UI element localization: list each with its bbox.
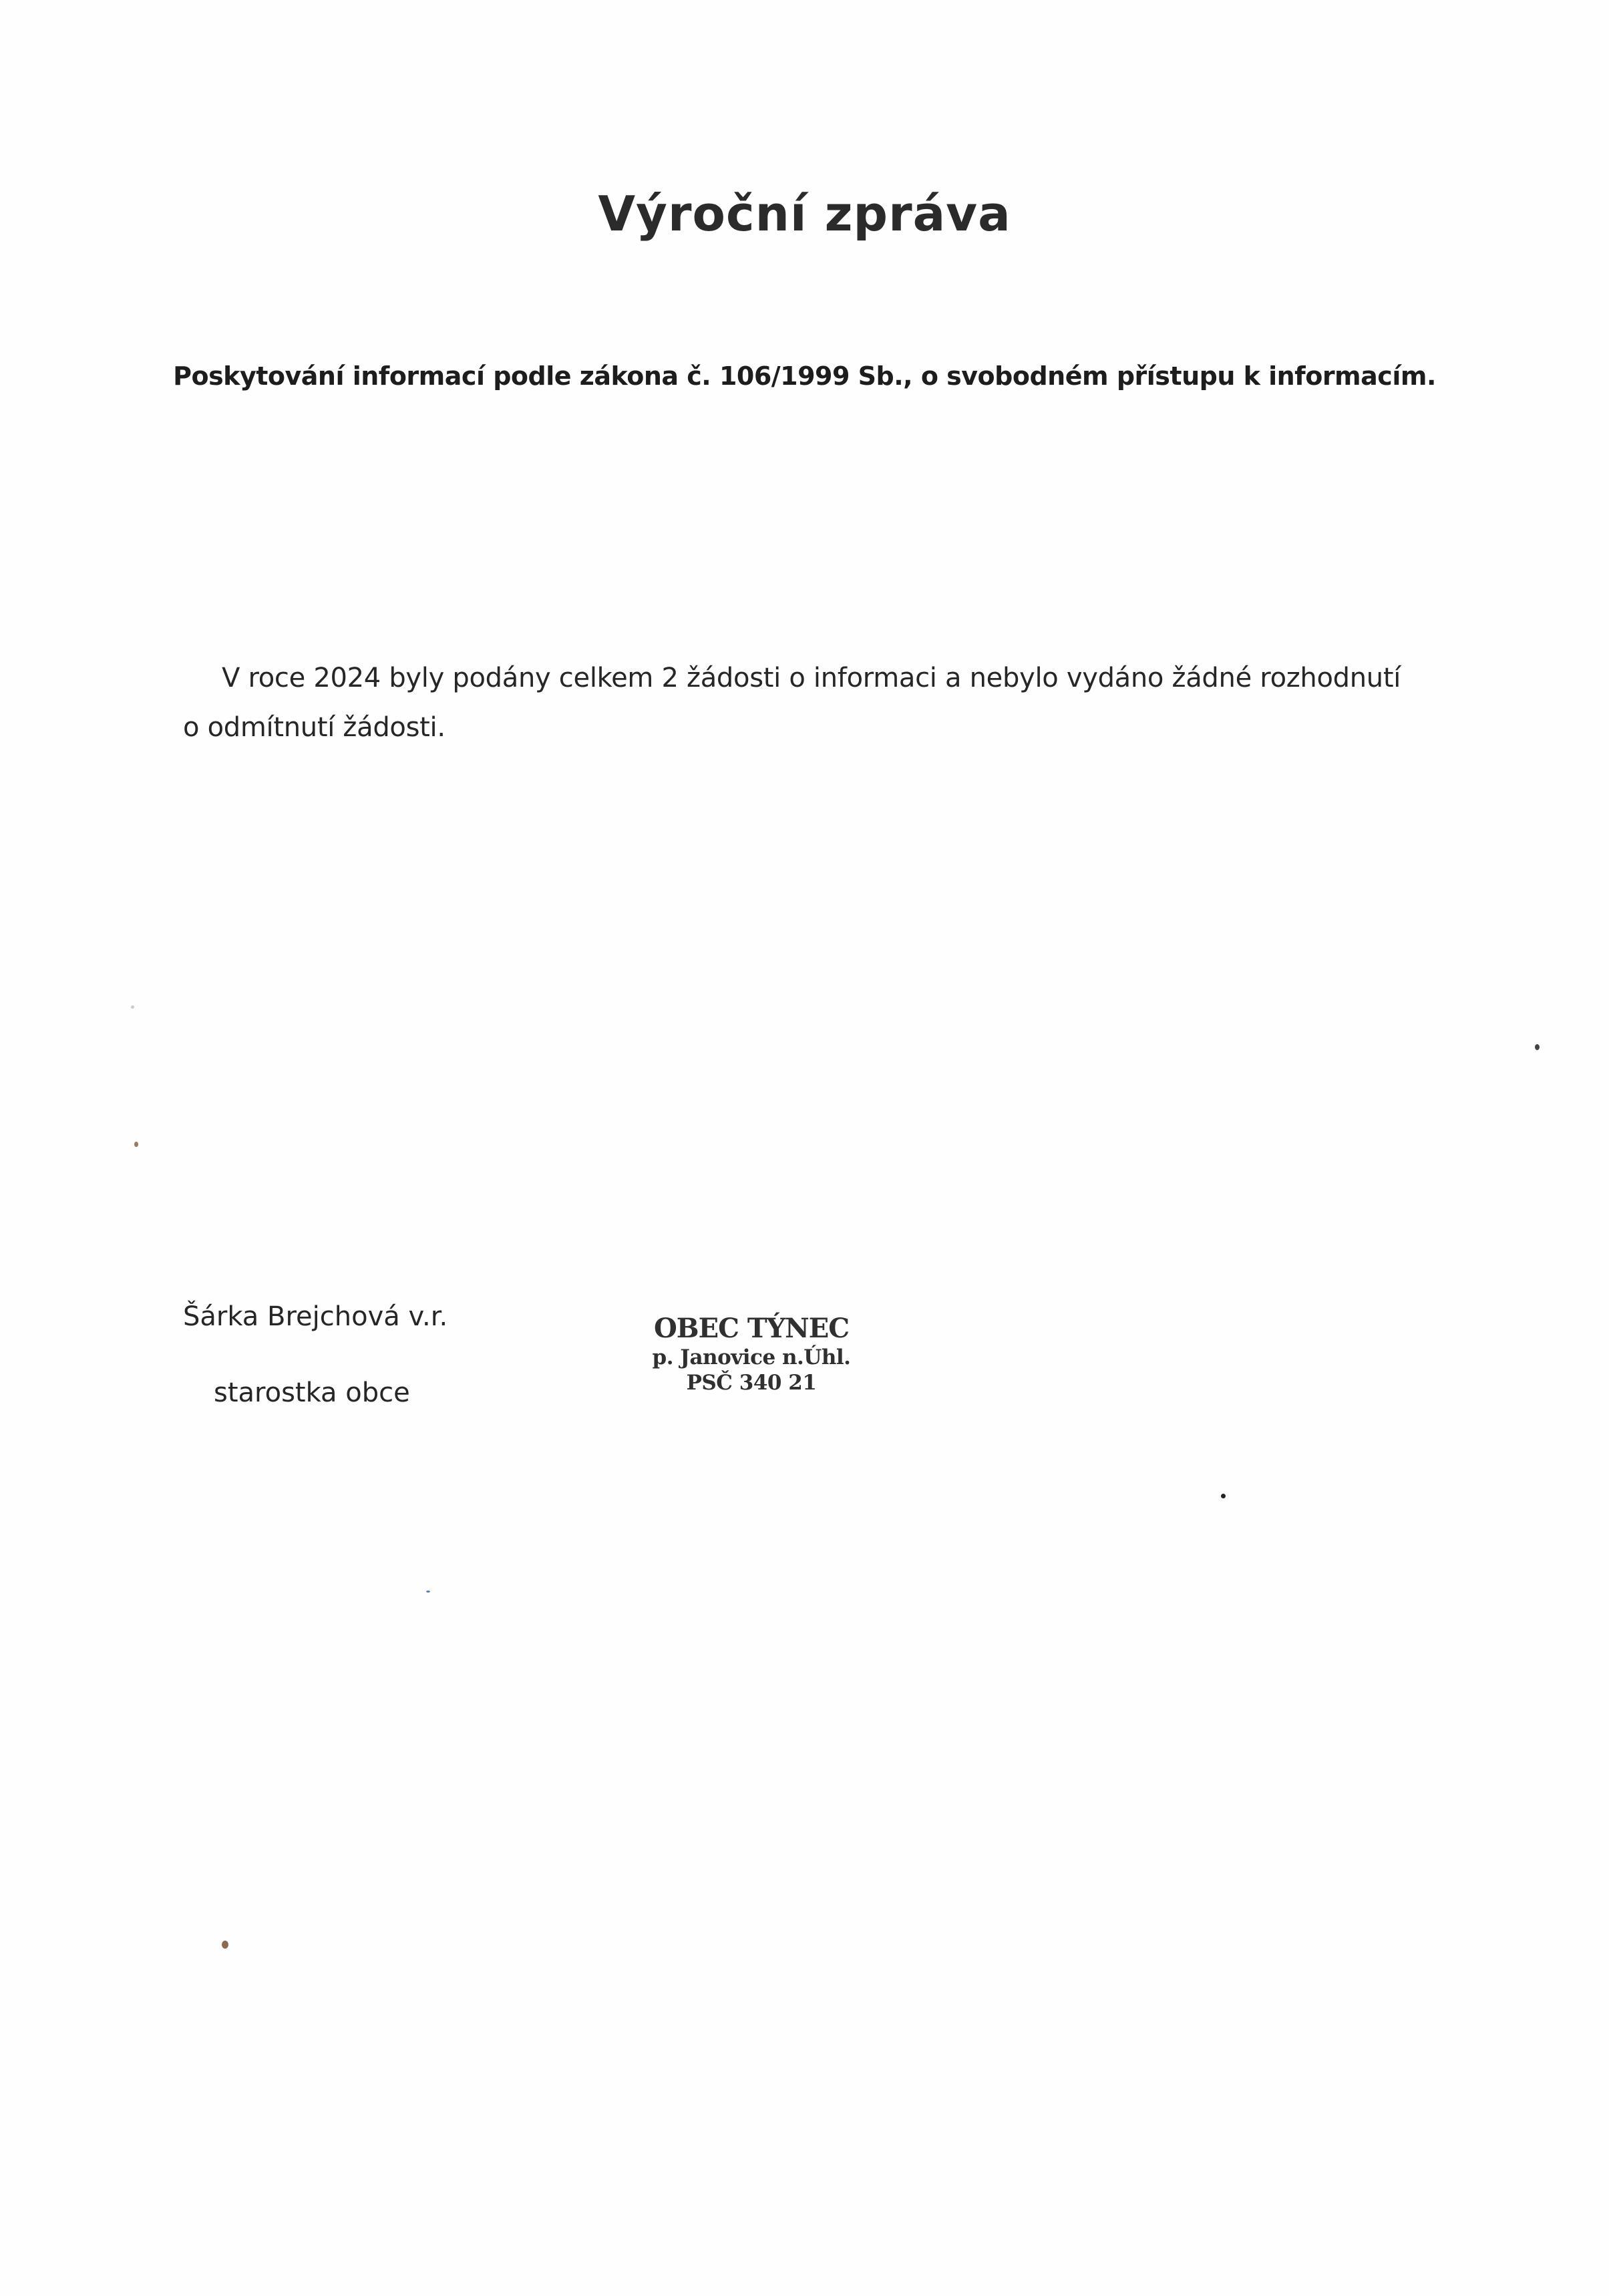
signature-role: starostka obce: [214, 1377, 410, 1408]
official-stamp: OBEC TÝNEC p. Janovice n.Úhl. PSČ 340 21: [638, 1313, 865, 1396]
body-paragraph: V roce 2024 byly podány celkem 2 žádosti…: [183, 653, 1452, 752]
body-line-2: o odmítnutí žádosti.: [183, 703, 1452, 752]
scan-speck: [222, 1941, 228, 1949]
document-page: Výroční zpráva Poskytování informací pod…: [0, 0, 1609, 2296]
document-title: Výroční zpráva: [0, 186, 1609, 242]
stamp-line-1: OBEC TÝNEC: [638, 1313, 865, 1345]
scan-speck: [134, 1142, 138, 1147]
body-line-1-text: V roce 2024 byly podány celkem 2 žádosti…: [222, 663, 1401, 693]
stamp-line-3: PSČ 340 21: [638, 1370, 865, 1396]
scan-speck: [426, 1591, 430, 1593]
stamp-line-2: p. Janovice n.Úhl.: [638, 1345, 865, 1370]
scan-speck: [1535, 1044, 1540, 1050]
signature-name: Šárka Brejchová v.r.: [183, 1301, 448, 1332]
scan-speck: [131, 1005, 134, 1009]
scan-speck: [1221, 1494, 1226, 1498]
body-line-1: V roce 2024 byly podány celkem 2 žádosti…: [183, 653, 1452, 703]
document-subtitle: Poskytování informací podle zákona č. 10…: [0, 361, 1609, 391]
